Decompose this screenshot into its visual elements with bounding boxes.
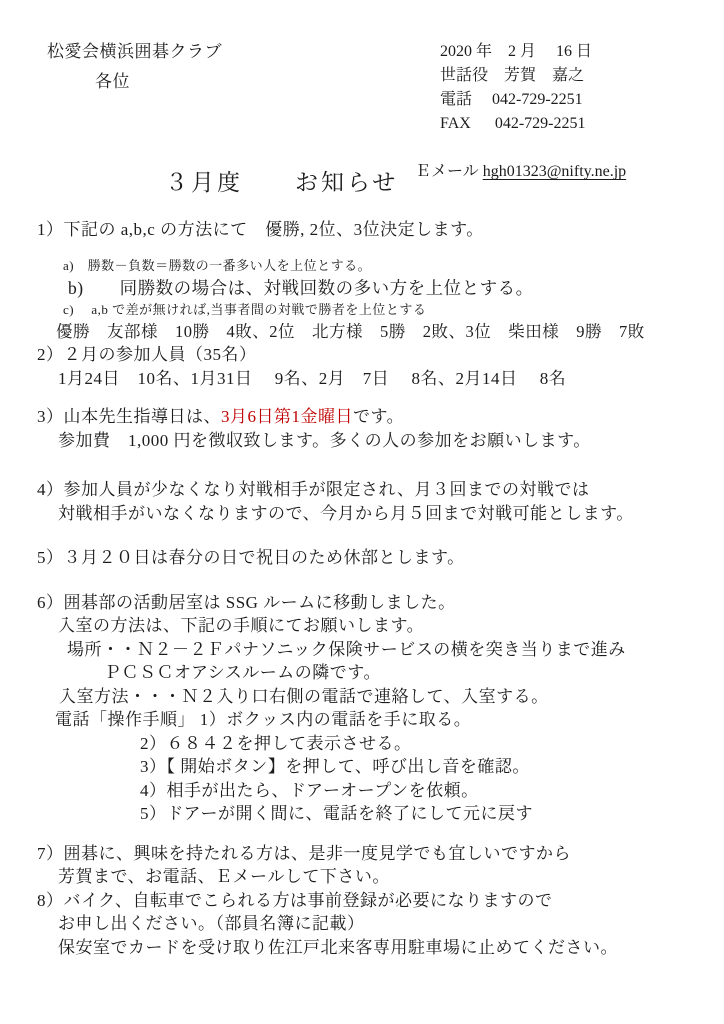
item6-location-line-1: 場所・・Ｎ２－２Ｆパナソニック保険サービスの横を突き当りまで進み: [0, 638, 724, 662]
instructor-date-highlight: 3月6日第1金曜日: [221, 407, 353, 426]
item5-heading: 5）３月２０日は春分の日で祝日のため休部とします。: [0, 546, 724, 570]
phone-steps-label: 電話「操作手順」: [55, 710, 195, 729]
item6-entry-intro: 入室の方法は、下記の手順にてお願いします。: [0, 614, 724, 638]
item8-line-2: お申し出ください。（部員名簿に記載）: [0, 912, 724, 936]
item7-line-1: 7）囲碁に、興味を持たれる方は、是非一度見学でも宜しいですから: [0, 842, 724, 866]
item4-line-1: 4）参加人員が少なくなり対戦相手が限定され、月３回までの対戦では: [0, 478, 724, 502]
document-header: 松愛会横浜囲碁クラブ 各位 2020 年 2 月 16 日 世話役 芳賀 嘉之 …: [0, 40, 724, 162]
participation-detail: 1月24日 10名、1月31日 9名、2月 7日 8名、2月14日 8名: [0, 367, 724, 391]
item3-heading: 3）山本先生指導日は、3月6日第1金曜日です。: [0, 405, 724, 429]
phone-step-4: 4）相手が出たら、ドアーオープンを依頼。: [0, 779, 724, 803]
item8-line-3: 保安室でカードを受け取り佐江戸北来客専用駐車場に止めてください。: [0, 936, 724, 960]
email-label: Ｅメール: [415, 163, 483, 180]
item6-location-line-2: ＰＣＳＣオアシスルームの隣です。: [0, 661, 724, 685]
item1-heading: 1）下記の a,b,c の方法にて 優勝, 2位、3位決定します。: [0, 218, 724, 242]
caretaker-line: 世話役 芳賀 嘉之: [383, 64, 626, 88]
item2-heading: 2）２月の参加人員（35名）: [0, 343, 724, 367]
club-name: 松愛会横浜囲碁クラブ: [47, 40, 222, 64]
header-left: 松愛会横浜囲碁クラブ 各位: [47, 40, 222, 93]
header-right: 2020 年 2 月 16 日 世話役 芳賀 嘉之 電話 042-729-225…: [383, 40, 626, 208]
phone-step-5: 5）ドアーが開く間に、電話を終了にして元に戻す: [0, 802, 724, 826]
ranking-rule-b: b) 同勝数の場合は、対戦回数の多い方を上位とする。: [0, 276, 724, 300]
salutation: 各位: [47, 70, 222, 94]
phone-line: 電話 042-729-2251: [383, 88, 626, 112]
phone-step-1: 電話「操作手順」 1）ボクッス内の電話を手に取る。: [0, 708, 724, 732]
email-line: Ｅメール hgh01323@nifty.ne.jp: [383, 136, 626, 208]
item4-line-2: 対戦相手がいなくなりますので、今月から月５回まで対戦可能とします。: [0, 502, 724, 526]
ranking-rule-a: a) 勝数－負数＝勝数の一番多い人を上位とする。: [0, 256, 724, 276]
item8-line-1: 8）バイク、自転車でこられる方は事前登録が必要になりますので: [0, 889, 724, 913]
notice-document: 松愛会横浜囲碁クラブ 各位 2020 年 2 月 16 日 世話役 芳賀 嘉之 …: [0, 0, 724, 1024]
fee-detail: 参加費 1,000 円を徴収致します。多くの人の参加をお願いします。: [0, 429, 724, 453]
phone-step-1-text: 1）ボクッス内の電話を手に取る。: [200, 710, 472, 729]
ranking-rule-c: c) a,b で差が無ければ,当事者間の対戦で勝者を上位とする: [0, 300, 724, 320]
february-results: 優勝 友部様 10勝 4敗、2位 北方様 5勝 2敗、3位 柴田様 9勝 7敗: [0, 320, 724, 344]
issue-date: 2020 年 2 月 16 日: [383, 40, 626, 64]
fax-line: FAX 042-729-2251: [383, 112, 626, 136]
email-address[interactable]: hgh01323@nifty.ne.jp: [483, 163, 626, 180]
phone-step-2: 2）６８４２を押して表示させる。: [0, 732, 724, 756]
instructor-notice-suffix: です。: [353, 407, 404, 426]
item6-heading: 6）囲碁部の活動居室は SSG ルームに移動しました。: [0, 591, 724, 615]
item6-entry-method: 入室方法・・・Ｎ２入り口右側の電話で連絡して、入室する。: [0, 685, 724, 709]
phone-step-3: 3）【 開始ボタン】を押して、呼び出し音を確認。: [0, 755, 724, 779]
item7-line-2: 芳賀まで、お電話、Ｅメールして下さい。: [0, 865, 724, 889]
instructor-notice-prefix: 3）山本先生指導日は、: [37, 407, 221, 426]
